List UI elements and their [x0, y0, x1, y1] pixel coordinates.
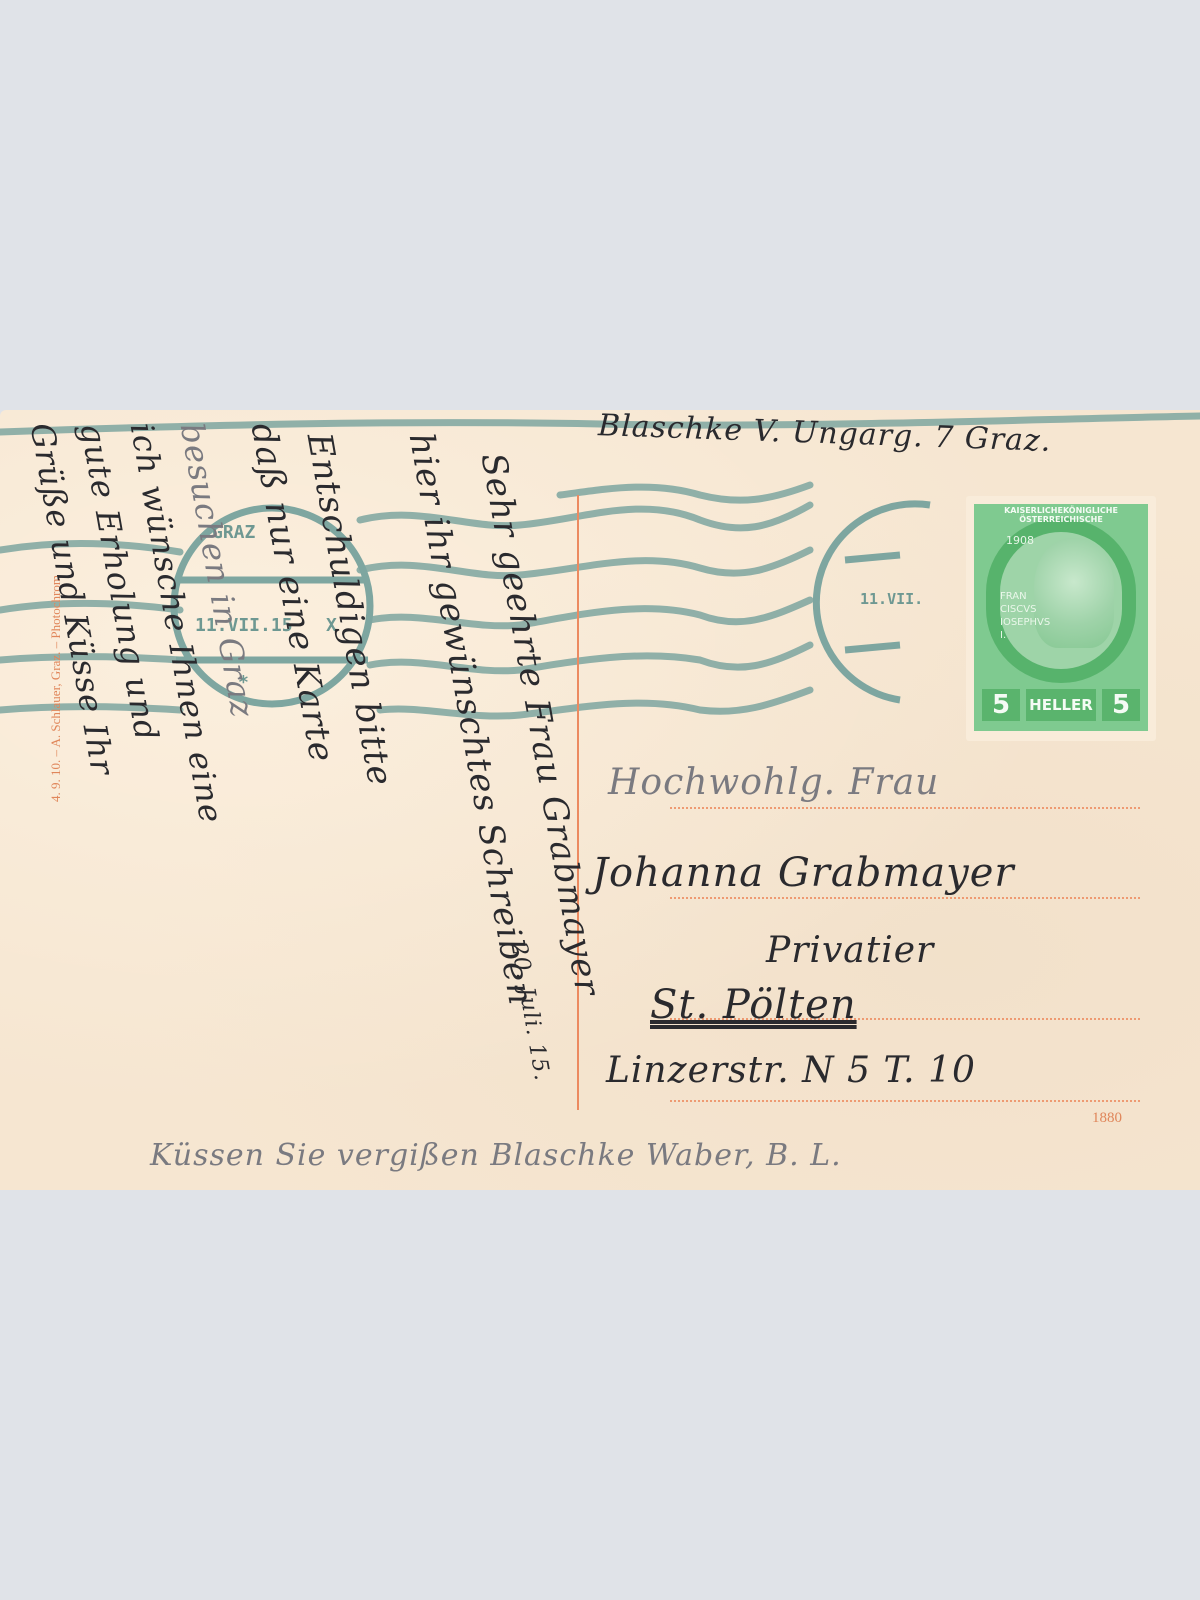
- address-divider: [577, 495, 579, 1110]
- address-line-1: [670, 807, 1140, 809]
- stamp-denomination: HELLER: [1026, 689, 1096, 721]
- stamp-arc-text: KAISERLICHEKÖNIGLICHE ÖSTERREICHISCHE: [974, 506, 1148, 524]
- postage-stamp: KAISERLICHEKÖNIGLICHE ÖSTERREICHISCHE 19…: [966, 496, 1156, 741]
- address-city: St. Pölten: [650, 982, 857, 1028]
- address-title: Privatier: [766, 930, 934, 971]
- address-name: Johanna Grabmayer: [592, 850, 1015, 896]
- address-line-2: [670, 897, 1140, 899]
- stamp-frame: KAISERLICHEKÖNIGLICHE ÖSTERREICHISCHE 19…: [974, 504, 1148, 731]
- stamp-name: FRAN CISCVS IOSEPHVS I.: [1000, 590, 1050, 642]
- stamp-year: 1908: [1006, 534, 1034, 547]
- address-street: Linzerstr. N 5 T. 10: [606, 1050, 976, 1091]
- address-salutation: Hochwohlg. Frau: [608, 762, 939, 803]
- address-line-4: [670, 1100, 1140, 1102]
- postmark-second-date: 11.VII.: [860, 590, 923, 608]
- card-number: 1880: [1092, 1110, 1122, 1127]
- stamp-value-left: 5: [982, 689, 1020, 721]
- postcard: GRAZ 11.VII.15 X * 11.VII. KAISERLICHEKÖ…: [0, 410, 1200, 1190]
- stamp-value-right: 5: [1102, 689, 1140, 721]
- bottom-note: Küssen Sie vergißen Blaschke Waber, B. L…: [150, 1138, 842, 1173]
